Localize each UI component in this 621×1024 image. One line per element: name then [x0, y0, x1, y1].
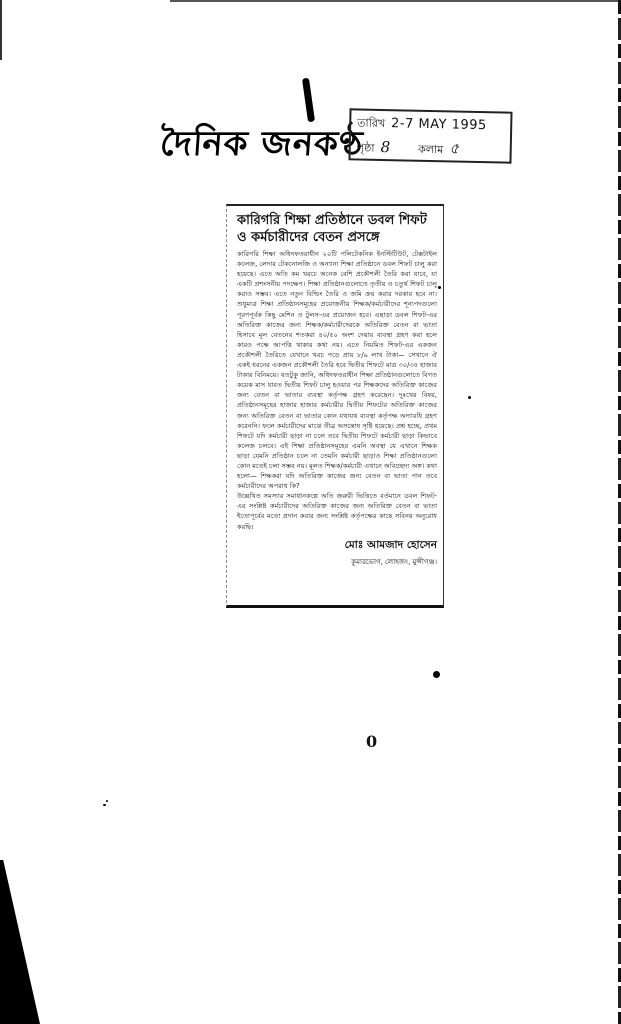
article-paragraph: উল্লেখিত সমস্যার সমাধানকল্পে অতি জরুরী ভ…	[237, 491, 437, 531]
stamp-column-label: কলাম	[418, 141, 444, 161]
newspaper-clipping: কারিগরি শিক্ষা প্রতিষ্ঠানে ডবল শিফট ও কর…	[226, 204, 444, 608]
scan-left-edge	[0, 0, 2, 60]
ink-speck	[103, 804, 106, 806]
ink-speck	[106, 800, 108, 802]
stamp-page-label: পৃষ্ঠা	[357, 139, 375, 158]
stamp-date-row: তারিখ 2-7 MAY 1995	[357, 114, 504, 138]
stamp-date-value: 2-7 MAY 1995	[391, 116, 487, 133]
ink-speck	[468, 396, 471, 399]
stamp-column-value: ৫	[449, 137, 459, 162]
pen-mark	[302, 78, 315, 123]
stamp-date-label: তারিখ	[357, 114, 385, 134]
stamp-page-value: 8	[380, 138, 390, 156]
scan-top-edge	[170, 0, 621, 2]
page-number: 0	[366, 732, 377, 751]
article-paragraph: কারিগরি শিক্ষা অধিদফতরাধীন ২০টি পলিটেকনি…	[237, 249, 437, 491]
ink-speck	[438, 286, 441, 289]
scan-corner-shadow	[0, 860, 40, 1024]
article-body: কারিগরি শিক্ষা অধিদফতরাধীন ২০টি পলিটেকনি…	[237, 249, 437, 532]
article-author: মোঃ আমজাদ হোসেন	[237, 538, 437, 555]
author-address: কুমারভোগ, লোহজং, মুন্সীগঞ্জ।	[237, 556, 437, 568]
newspaper-masthead: দৈনিক জনকণ্ঠ	[158, 118, 365, 175]
archive-stamp: তারিখ 2-7 MAY 1995 পৃষ্ঠা 8 কলাম ৫	[348, 108, 512, 163]
ink-speck	[433, 671, 440, 678]
stamp-page-row: পৃষ্ঠা 8 কলাম ৫	[357, 135, 504, 159]
article-headline: কারিগরি শিক্ষা প্রতিষ্ঠানে ডবল শিফট ও কর…	[237, 212, 437, 246]
